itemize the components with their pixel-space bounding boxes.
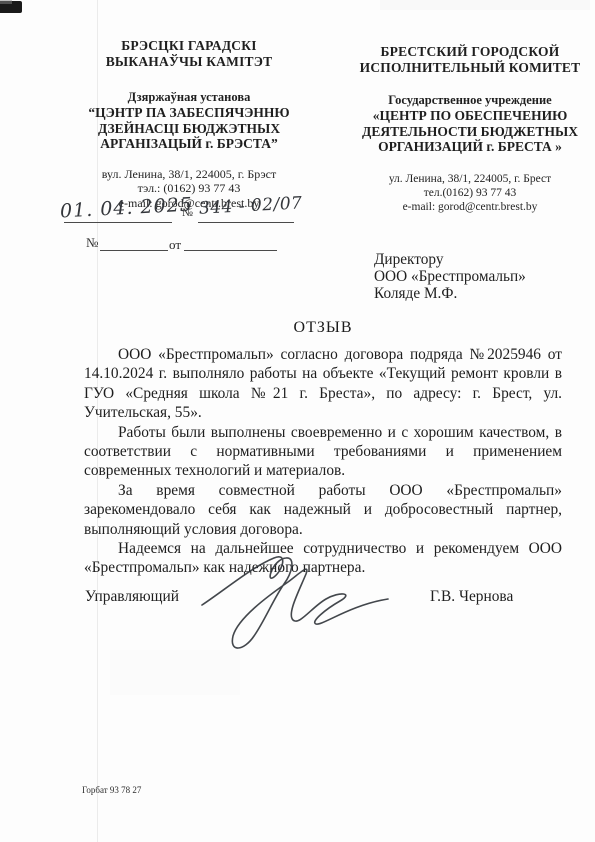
recipient-block: Директору ООО «Брестпромальп» Коляде М.Ф…: [374, 252, 526, 302]
org-unit-by-line2: ДЗЕЙНАСЦІ БЮДЖЭТНЫХ: [58, 121, 320, 137]
document-title: ОТЗЫВ: [84, 319, 562, 337]
body-paragraph: За время совместной работы ООО «Брестпро…: [84, 481, 562, 539]
org-unit-by-line3: АРГАНІЗАЦЫЙ г. БРЭСТА”: [58, 136, 320, 152]
address-ru-street: ул. Ленина, 38/1, 224005, г. Брест: [352, 172, 588, 186]
incoming-number-sign-label: №: [86, 235, 98, 251]
executor-contact: Горбат 93 78 27: [82, 785, 141, 795]
incoming-from-label: от: [169, 237, 181, 253]
scan-corner-artifact-light: [0, 0, 12, 4]
recipient-position: Директору: [374, 252, 526, 269]
handwritten-signature: [188, 543, 403, 661]
signer-position-label: Управляющий: [85, 588, 179, 606]
org-type-by: Дзяржаўная установа: [58, 90, 320, 105]
handwritten-outgoing-number: 344 - 02/07: [199, 193, 303, 218]
recipient-company: ООО «Брестпромальп»: [374, 269, 526, 286]
number-blank-line: [198, 221, 294, 223]
body-paragraph: Работы были выполнены своевременно и с х…: [84, 423, 562, 481]
scanned-letter-page: БРЭСЦКІ ГАРАДСКІ ВЫКАНАЎЧЫ КАМІТЭТ Дзярж…: [0, 0, 595, 842]
org-name-by-line2: ВЫКАНАЎЧЫ КАМІТЭТ: [58, 54, 320, 70]
org-unit-ru-line3: ОРГАНИЗАЦИЙ г. БРЕСТА »: [352, 139, 588, 155]
address-ru-phone: тел.(0162) 93 77 43: [352, 186, 588, 200]
org-unit-ru-line1: «ЦЕНТР ПО ОБЕСПЕЧЕНИЮ: [352, 108, 588, 124]
incoming-date-blank-line: [184, 249, 277, 251]
signer-name: Г.В. Чернова: [430, 588, 513, 606]
letterhead-left: БРЭСЦКІ ГАРАДСКІ ВЫКАНАЎЧЫ КАМІТЭТ Дзярж…: [58, 38, 320, 210]
address-ru-email: e-mail: gorod@centr.brest.by: [352, 200, 588, 214]
org-name-ru-line1: БРЕСТСКИЙ ГОРОДСКОЙ: [352, 44, 588, 60]
scan-smudge: [380, 0, 590, 10]
letterhead-right: БРЕСТСКИЙ ГОРОДСКОЙ ИСПОЛНИТЕЛЬНЫЙ КОМИТ…: [352, 44, 588, 214]
address-by-street: вул. Ленина, 38/1, 224005, г. Брэст: [58, 167, 320, 182]
org-unit-ru-line2: ДЕЯТЕЛЬНОСТИ БЮДЖЕТНЫХ: [352, 124, 588, 140]
org-name-by-line1: БРЭСЦКІ ГАРАДСКІ: [58, 38, 320, 54]
org-name-ru-line2: ИСПОЛНИТЕЛЬНЫЙ КОМИТЕТ: [352, 60, 588, 76]
recipient-name: Коляде М.Ф.: [374, 286, 526, 303]
org-type-ru: Государственное учреждение: [352, 93, 588, 108]
org-unit-by-line1: “ЦЭНТР ПА ЗАБЕСПЯЧЭННЮ: [58, 105, 320, 121]
body-paragraph: ООО «Брестпромальп» согласно договора по…: [84, 345, 562, 423]
incoming-number-blank-line: [100, 249, 168, 251]
